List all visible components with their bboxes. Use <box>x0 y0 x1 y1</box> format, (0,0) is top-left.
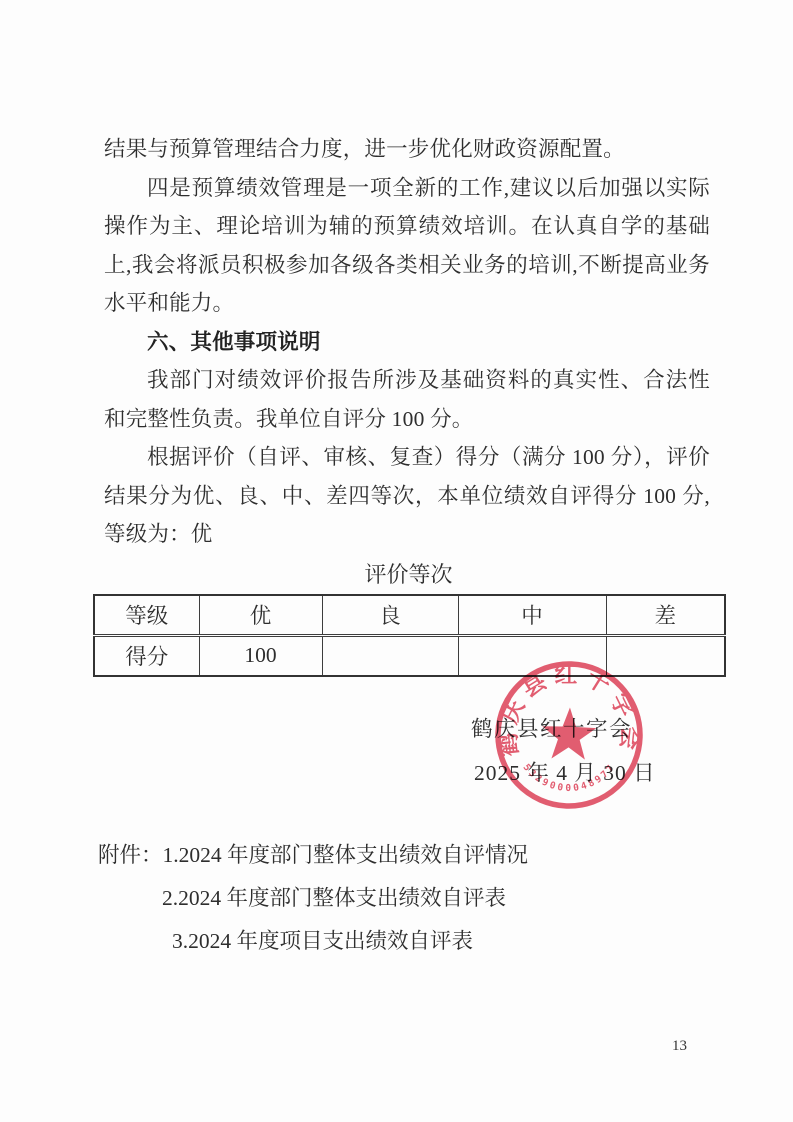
header-cell-good: 良 <box>322 595 458 636</box>
header-cell-grade: 等级 <box>94 595 199 636</box>
attachment-item: 附件：1.2024 年度部门整体支出绩效自评情况 <box>98 834 710 877</box>
document-body: 结果与预算管理结合力度，进一步优化财政资源配置。 四是预算绩效管理是一项全新的工… <box>104 130 710 963</box>
page-number: 13 <box>672 1038 687 1055</box>
header-cell-excellent: 优 <box>199 595 322 636</box>
attachments-list: 附件：1.2024 年度部门整体支出绩效自评情况 2.2024 年度部门整体支出… <box>98 834 710 963</box>
table-caption: 评价等次 <box>93 559 724 591</box>
paragraph-responsibility: 我部门对绩效评价报告所涉及基础资料的真实性、合法性和完整性负责。我单位自评分 1… <box>104 361 710 438</box>
paragraph-suggestion: 四是预算绩效管理是一项全新的工作,建议以后加强以实际操作为主、理论培训为辅的预算… <box>104 169 710 323</box>
seal-serial-number: 5329000048977 <box>520 758 618 796</box>
header-cell-poor: 差 <box>606 595 725 636</box>
attachment-item: 3.2024 年度项目支出绩效自评表 <box>98 920 710 963</box>
grade-table-header-row: 等级 优 良 中 差 <box>94 595 725 636</box>
attachment-item-2: 2.2024 年度部门整体支出绩效自评表 <box>162 886 506 910</box>
attachment-item-1: 1.2024 年度部门整体支出绩效自评情况 <box>163 843 529 867</box>
paragraph-budget-result: 结果与预算管理结合力度，进一步优化财政资源配置。 <box>104 130 710 169</box>
attachment-item-3: 3.2024 年度项目支出绩效自评表 <box>172 929 473 953</box>
red-star-icon <box>541 707 597 760</box>
section-heading-other-notes: 六、其他事项说明 <box>104 323 710 362</box>
score-cell-good <box>322 635 458 676</box>
attachments-label: 附件： <box>98 843 163 867</box>
attachment-item: 2.2024 年度部门整体支出绩效自评表 <box>98 877 710 920</box>
document-page: 结果与预算管理结合力度，进一步优化财政资源配置。 四是预算绩效管理是一项全新的工… <box>0 0 793 1122</box>
score-cell-excellent: 100 <box>199 635 322 676</box>
svg-text:5329000048977: 5329000048977 <box>520 758 618 796</box>
score-row-label: 得分 <box>94 635 199 676</box>
official-seal: 鹤庆县红十字会 5329000048977 <box>486 652 652 818</box>
paragraph-evaluation-result: 根据评价（自评、审核、复查）得分（满分 100 分），评价结果分为优、良、中、差… <box>104 438 710 554</box>
header-cell-medium: 中 <box>458 595 606 636</box>
